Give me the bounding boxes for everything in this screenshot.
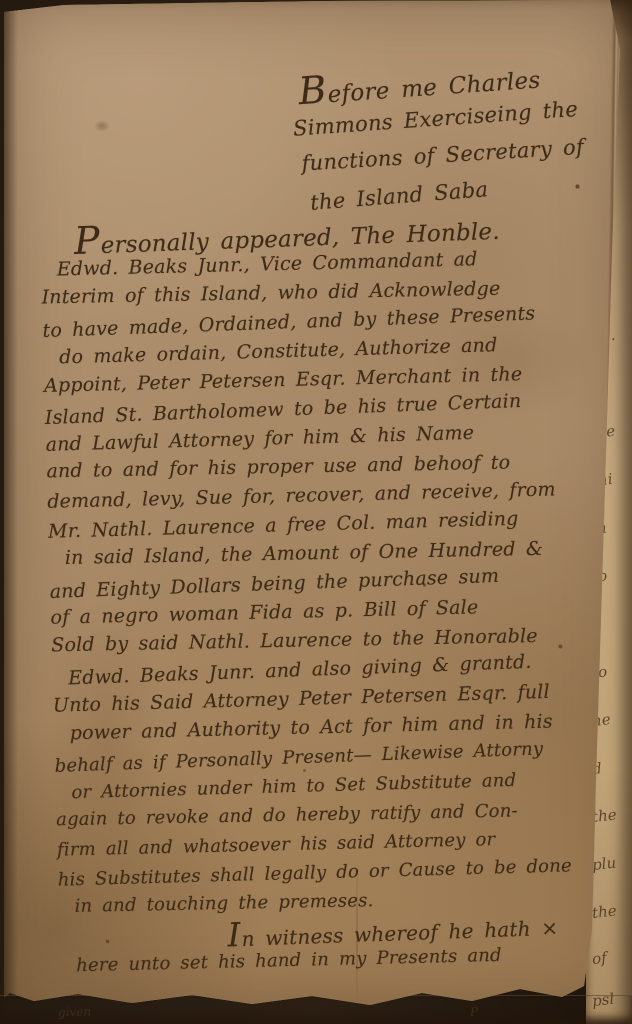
ink-fragment: the <box>591 804 632 826</box>
manuscript-page: Before me Charles Simmons Exerciseing th… <box>4 0 626 1014</box>
scan-background: nd ge. ts me thi in to s to he d the plu… <box>0 0 632 1024</box>
body-line: here unto set his hand in my Presents an… <box>76 938 617 980</box>
ink-specks <box>4 0 5 1</box>
ink-fragment: the <box>591 900 632 922</box>
body-block: Personally appeared, The Honble. Edwd. B… <box>40 208 617 981</box>
header-block: Before me Charles Simmons Exerciseing th… <box>297 51 627 221</box>
stain <box>94 120 110 132</box>
page-gutter-shadow <box>4 0 18 1014</box>
ink-fragment: plu <box>591 852 632 874</box>
ink-fragment: P <box>470 1005 479 1019</box>
ink-fragment: d <box>591 756 632 778</box>
under-page-bottom: given P <box>0 995 632 1024</box>
ink-fragment: of <box>591 946 632 968</box>
ink-fragment: given <box>58 1004 92 1019</box>
